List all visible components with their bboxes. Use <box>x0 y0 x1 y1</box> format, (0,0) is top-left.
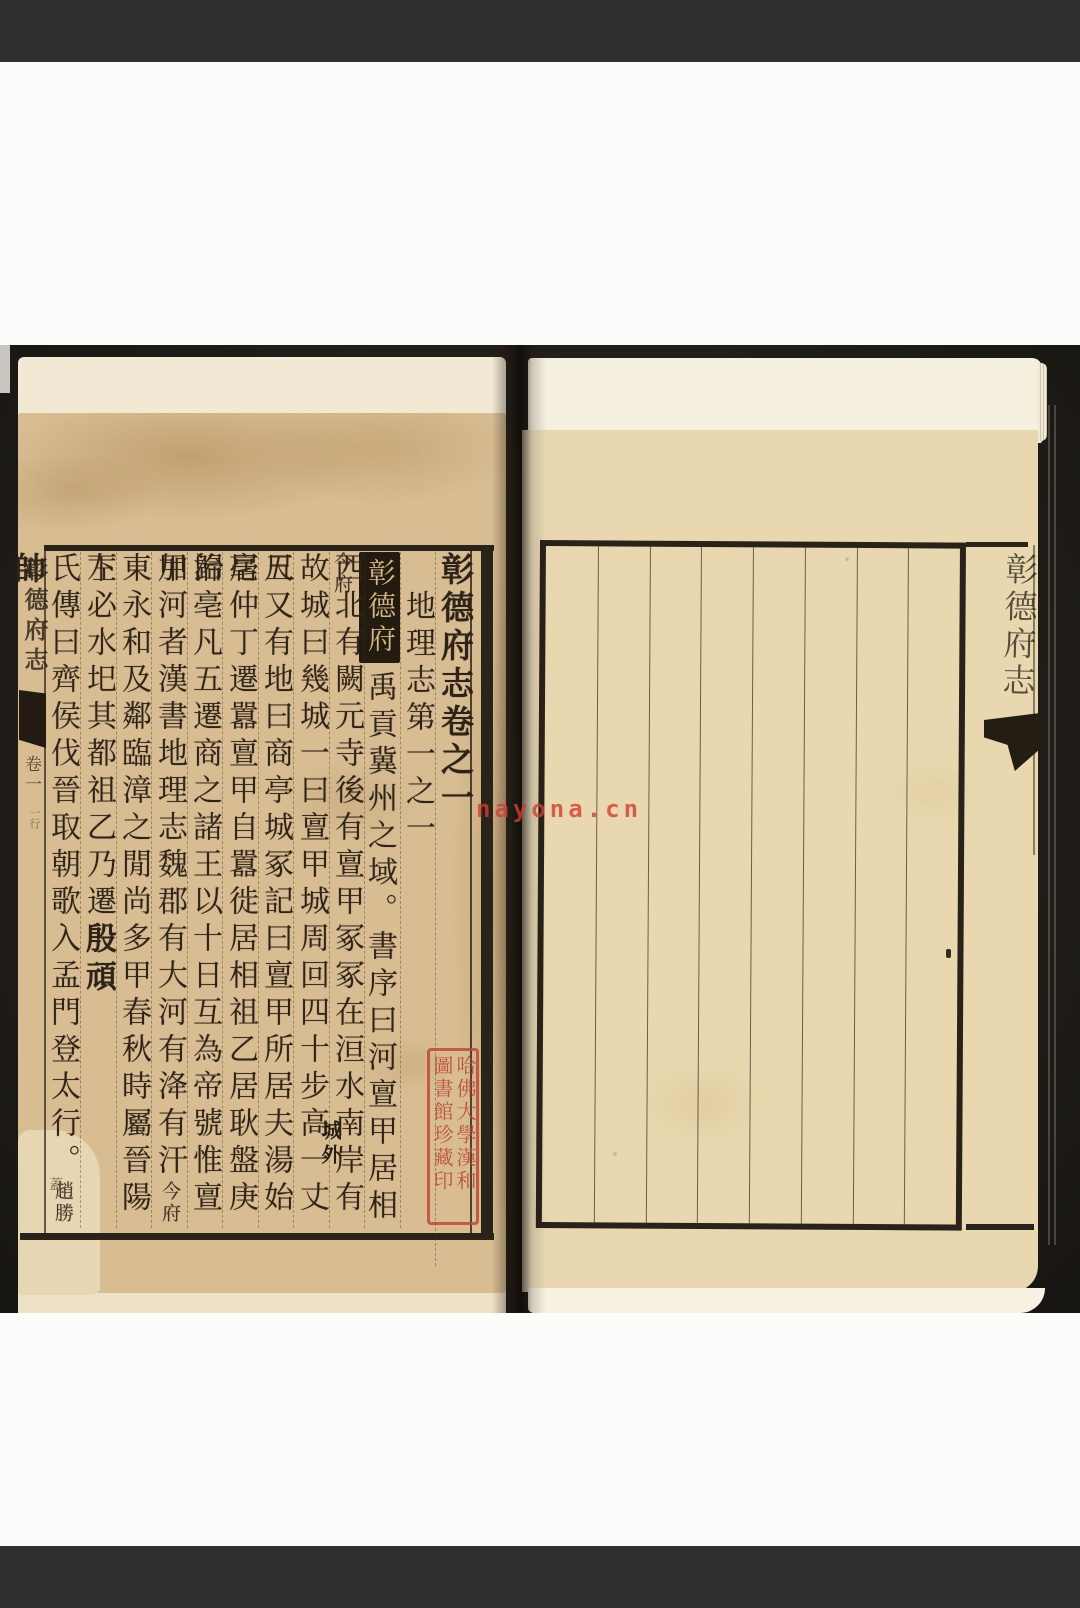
ruled-column <box>904 548 960 1224</box>
library-collection-seal: 哈佛大學漢和 圖書館珍藏印 <box>427 1048 479 1225</box>
text-column: 下必水圯其都祖乙乃遷殷頑 <box>81 552 117 1228</box>
center-fold-shadow <box>492 345 546 1313</box>
bottom-margin-band <box>0 1546 1080 1608</box>
interlinear-margin-note: 城外 <box>320 1120 344 1168</box>
top-margin-band <box>0 0 1080 62</box>
scanner-edge-artifact <box>0 345 10 393</box>
left-banxin-title: 彰德府志 <box>20 557 46 677</box>
book-photo: 彰德府志卷之一 地理志第一之一 彰德府禹貢冀州之域。書序曰河亶甲居相今府 西北有… <box>0 345 1080 1313</box>
text-column: 加河者漢書地理志魏郡有大河有洚有汗今府 <box>152 552 188 1228</box>
right-banxin-top-rule <box>966 542 1028 547</box>
column-text: 西北有闕元寺後有亶甲冢冢在洹水南岸有 <box>330 552 363 1218</box>
scanned-book-page: 彰德府志卷之一 地理志第一之一 彰德府禹貢冀州之域。書序曰河亶甲居相今府 西北有… <box>0 0 1080 1608</box>
site-watermark: nayona.cn <box>476 795 642 823</box>
column-text: 氏傳曰齊侯伐晉取朝歌入孟門登太行。 <box>46 552 79 1181</box>
text-column: 東永和及鄰臨漳之閒尚多甲春秋時屬晉陽左 <box>116 552 152 1228</box>
column-text: 禹貢冀州之域。書序曰河亶甲居相 <box>363 671 396 1226</box>
seal-text-left: 圖書館珍藏印 <box>429 1055 452 1218</box>
ruled-column <box>645 547 701 1223</box>
column-text: 加河者漢書地理志魏郡有大河有洚有汗 <box>153 552 186 1181</box>
ink-speck <box>946 949 951 958</box>
left-frame-top-border <box>44 545 494 551</box>
ruled-column <box>749 547 805 1223</box>
column-text: 下必水圯其都祖乙乃遷 <box>82 552 115 922</box>
text-column: 尺又有地曰商亭城冢記曰亶甲所居夫湯始居 <box>258 552 294 1228</box>
page-edge-stack-lines <box>1048 405 1060 1245</box>
corner-handwritten-mark: 蓋 <box>44 1177 64 1194</box>
text-column: 治亳凡五遷商之諸王以十日互為帝號惟亶甲 <box>187 552 223 1228</box>
ruled-column <box>852 548 908 1224</box>
cartouche-label: 彰德府 <box>359 552 400 663</box>
left-banxin-chapter: 卷一 <box>22 755 44 795</box>
ruled-column <box>697 547 753 1223</box>
right-banxin-title: 彰德府志 <box>997 552 1037 701</box>
ruled-column <box>801 548 857 1224</box>
text-column: 亳仲丁遷囂亶甲自囂徙居相祖乙居耿盤庚歸 <box>223 552 259 1228</box>
right-page-stack-bottom <box>528 1288 1045 1313</box>
left-fishtail-mark <box>19 690 46 748</box>
seal-text-right: 哈佛大學漢和 <box>452 1055 475 1218</box>
ruled-column <box>542 546 598 1222</box>
ruled-column <box>594 546 650 1222</box>
right-banxin-bottom-rule <box>966 1224 1034 1230</box>
small-note: 今府 <box>159 1181 180 1225</box>
text-column: 彰德府禹貢冀州之域。書序曰河亶甲居相今府 <box>365 552 401 1228</box>
right-ruled-frame <box>536 540 966 1231</box>
text-column: 氏傳曰齊侯伐晉取朝歌入孟門登太行。趙勝帥 <box>45 552 81 1228</box>
left-banxin-scribble: 一行 <box>26 807 42 829</box>
hand-corrected-text: 殷頑 <box>81 922 116 998</box>
